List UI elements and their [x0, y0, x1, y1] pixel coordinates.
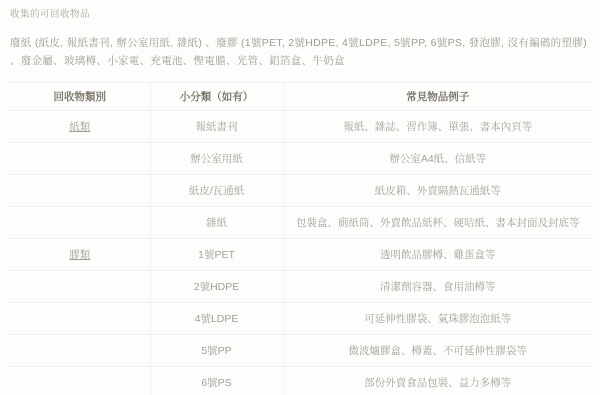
category-link-plastic[interactable]: 膠類 [69, 249, 90, 261]
table-header-row: 回收物類別 小分類（如有） 常見物品例子 [10, 83, 592, 111]
table-row: 2號HDPE 清潔劑容器、食用油樽等 [10, 271, 592, 303]
col-header-examples: 常見物品例子 [283, 83, 592, 111]
examples-cell: 包裝盒、廁紙筒、外賣飲品紙杯、硬咭紙、書本封面及封底等 [283, 207, 592, 239]
examples-cell: 透明飲品膠樽、雞蛋盒等 [283, 239, 592, 271]
col-header-category: 回收物類別 [10, 83, 150, 111]
table-row: 紙類 報紙書刊 報紙、雜誌、習作簿、單張、書本內頁等 [10, 111, 592, 143]
category-cell-empty [10, 207, 150, 239]
recycling-info-page: 收集的可回收物品 廢紙 (紙皮, 報紙書刊, 辦公室用紙, 雜紙) 、廢膠 (1… [0, 0, 600, 395]
subcategory-cell: 報紙書刊 [150, 111, 283, 143]
table-row: 雜紙 包裝盒、廁紙筒、外賣飲品紙杯、硬咭紙、書本封面及封底等 [10, 207, 592, 239]
subcategory-cell: 1號PET [150, 239, 283, 271]
examples-cell: 部份外賣食品包裝、益力多樽等 [283, 367, 592, 395]
category-cell-empty [10, 303, 150, 335]
subcategory-cell: 雜紙 [150, 207, 283, 239]
subcategory-cell: 紙皮/瓦通紙 [150, 175, 283, 207]
table-row: 辦公室用紙 辦公室A4紙、信紙等 [10, 143, 592, 175]
recyclables-table: 回收物類別 小分類（如有） 常見物品例子 紙類 報紙書刊 報紙、雜誌、習作簿、單… [10, 82, 592, 395]
category-cell-empty [10, 335, 150, 367]
examples-cell: 清潔劑容器、食用油樽等 [283, 271, 592, 303]
examples-cell: 紙皮箱、外賣隔熱瓦通紙等 [283, 175, 592, 207]
category-cell-empty [10, 367, 150, 395]
subcategory-cell: 5號PP [150, 335, 283, 367]
examples-cell: 報紙、雜誌、習作簿、單張、書本內頁等 [283, 111, 592, 143]
examples-cell: 微波爐膠盒、樽蓋、不可延伸性膠袋等 [283, 335, 592, 367]
category-cell: 膠類 [10, 239, 150, 271]
col-header-subcategory: 小分類（如有） [150, 83, 283, 111]
table-row: 膠類 1號PET 透明飲品膠樽、雞蛋盒等 [10, 239, 592, 271]
subcategory-cell: 辦公室用紙 [150, 143, 283, 175]
table-row: 5號PP 微波爐膠盒、樽蓋、不可延伸性膠袋等 [10, 335, 592, 367]
category-cell-empty [10, 271, 150, 303]
subcategory-cell: 4號LDPE [150, 303, 283, 335]
subcategory-cell: 2號HDPE [150, 271, 283, 303]
table-row: 4號LDPE 可延伸性膠袋、氣珠膠泡泡紙等 [10, 303, 592, 335]
category-link-paper[interactable]: 紙類 [69, 121, 90, 133]
subcategory-cell: 6號PS [150, 367, 283, 395]
intro-paragraph: 廢紙 (紙皮, 報紙書刊, 辦公室用紙, 雜紙) 、廢膠 (1號PET, 2號H… [10, 34, 594, 70]
category-cell: 紙類 [10, 111, 150, 143]
category-cell-empty [10, 143, 150, 175]
examples-cell: 辦公室A4紙、信紙等 [283, 143, 592, 175]
page-title: 收集的可回收物品 [10, 6, 592, 20]
table-row: 紙皮/瓦通紙 紙皮箱、外賣隔熱瓦通紙等 [10, 175, 592, 207]
category-cell-empty [10, 175, 150, 207]
examples-cell: 可延伸性膠袋、氣珠膠泡泡紙等 [283, 303, 592, 335]
table-row: 6號PS 部份外賣食品包裝、益力多樽等 [10, 367, 592, 395]
